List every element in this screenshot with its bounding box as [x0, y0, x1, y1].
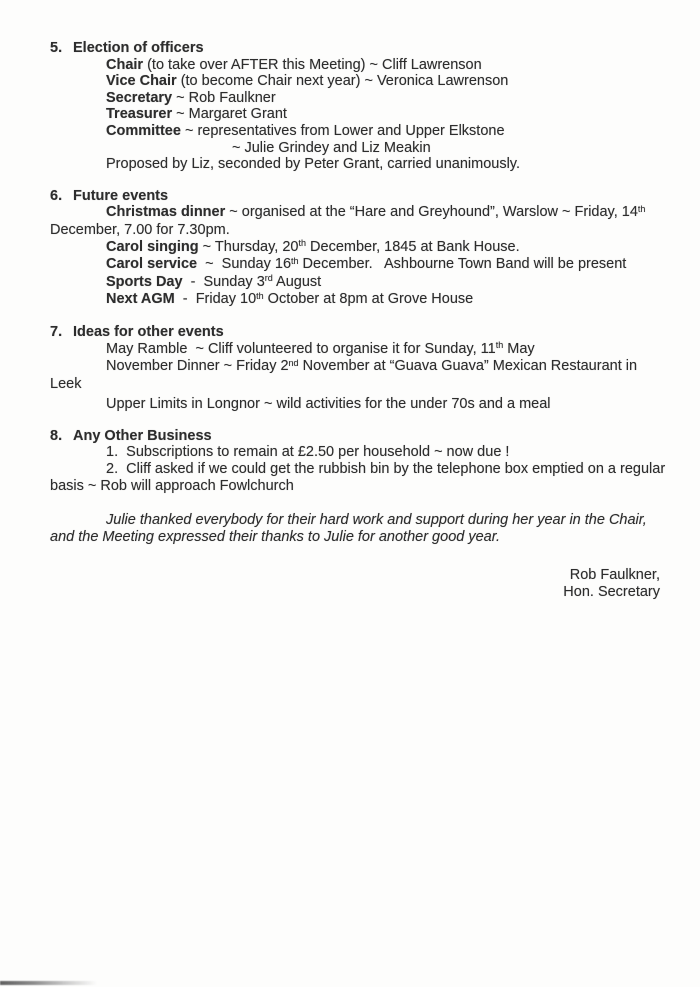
doc-line: Proposed by Liz, seconded by Peter Grant… [50, 156, 660, 173]
doc-line: Leek [50, 376, 660, 393]
doc-line: Carol singing ~ Thursday, 20th December,… [50, 239, 660, 257]
signature-name: Rob Faulkner, [50, 567, 660, 584]
text-run: ~ Sunday 16 [197, 256, 291, 272]
signature-role: Hon. Secretary [50, 584, 660, 601]
text-run: and the Meeting expressed their thanks t… [50, 529, 500, 545]
text-run: Chair [106, 57, 143, 73]
doc-line: Vice Chair (to become Chair next year) ~… [50, 73, 660, 90]
text-run: May [503, 341, 534, 357]
text-run: Leek [50, 376, 81, 392]
text-run: December. Ashbourne Town Band will be pr… [299, 256, 627, 272]
text-run: th [291, 256, 299, 266]
doc-line: 2. Cliff asked if we could get the rubbi… [50, 461, 660, 478]
doc-line: December, 7.00 for 7.30pm. [50, 222, 660, 239]
text-run: - Friday 10 [175, 291, 256, 307]
text-run: December, 1845 at Bank House. [306, 239, 520, 255]
doc-line: Julie thanked everybody for their hard w… [50, 512, 660, 529]
text-run: August [273, 274, 321, 290]
section-title: Election of officers [73, 40, 204, 57]
text-run: Treasurer [106, 106, 172, 122]
text-run: November Dinner ~ Friday 2 [106, 358, 289, 374]
meeting-minutes-body: 5.Election of officersChair (to take ove… [50, 40, 660, 601]
text-run: Vice Chair [106, 73, 177, 89]
text-run: Christmas dinner [106, 204, 225, 220]
section-number: 7. [50, 324, 73, 341]
text-run: ~ organised at the “Hare and Greyhound”,… [225, 204, 638, 220]
section-number: 5. [50, 40, 73, 57]
text-run: rd [265, 273, 273, 283]
text-run: Committee [106, 123, 181, 139]
text-run: ~ Margaret Grant [172, 106, 287, 122]
text-run: ~ representatives from Lower and Upper E… [181, 123, 505, 139]
doc-line: Chair (to take over AFTER this Meeting) … [50, 57, 660, 74]
text-run: basis ~ Rob will approach Fowlchurch [50, 478, 294, 494]
section-number: 8. [50, 428, 73, 445]
section-heading: 7.Ideas for other events [50, 324, 660, 341]
sections-list: 5.Election of officersChair (to take ove… [50, 40, 660, 494]
text-run: - Sunday 3 [183, 274, 265, 290]
text-run: ~ Julie Grindey and Liz Meakin [232, 140, 431, 156]
text-run: December, 7.00 for 7.30pm. [50, 222, 230, 238]
text-run: th [256, 291, 264, 301]
section-title: Ideas for other events [73, 324, 224, 341]
text-run: Upper Limits in Longnor ~ wild activitie… [106, 396, 551, 412]
scan-smudge-artifact [0, 981, 97, 985]
section-heading: 6.Future events [50, 188, 660, 205]
section-8: 8.Any Other Business1. Subscriptions to … [50, 428, 660, 494]
doc-line: Carol service ~ Sunday 16th December. As… [50, 256, 660, 274]
closing-paragraph: Julie thanked everybody for their hard w… [50, 512, 660, 545]
doc-line: 1. Subscriptions to remain at £2.50 per … [50, 444, 660, 461]
section-7: 7.Ideas for other eventsMay Ramble ~ Cli… [50, 324, 660, 413]
text-run: ~ Rob Faulkner [172, 90, 276, 106]
doc-line: Upper Limits in Longnor ~ wild activitie… [50, 396, 660, 413]
text-run: 2. Cliff asked if we could get the rubbi… [106, 461, 665, 477]
section-heading: 8.Any Other Business [50, 428, 660, 445]
doc-line: Committee ~ representatives from Lower a… [50, 123, 660, 140]
text-run: Sports Day [106, 274, 183, 290]
text-run: 1. Subscriptions to remain at £2.50 per … [106, 444, 509, 460]
section-heading: 5.Election of officers [50, 40, 660, 57]
doc-line: Secretary ~ Rob Faulkner [50, 90, 660, 107]
section-6: 6.Future eventsChristmas dinner ~ organi… [50, 188, 660, 309]
text-run: (to take over AFTER this Meeting) ~ Clif… [143, 57, 482, 73]
signature-block: Rob Faulkner, Hon. Secretary [50, 567, 660, 600]
doc-line: Christmas dinner ~ organised at the “Har… [50, 204, 660, 222]
doc-line: basis ~ Rob will approach Fowlchurch [50, 478, 660, 495]
doc-line: November Dinner ~ Friday 2nd November at… [50, 358, 660, 376]
section-5: 5.Election of officersChair (to take ove… [50, 40, 660, 173]
text-run: May Ramble ~ Cliff volunteered to organi… [106, 341, 496, 357]
text-run: November at “Guava Guava” Mexican Restau… [299, 358, 637, 374]
section-title: Future events [73, 188, 168, 205]
doc-line: Next AGM - Friday 10th October at 8pm at… [50, 291, 660, 309]
text-run: Next AGM [106, 291, 175, 307]
text-run: Proposed by Liz, seconded by Peter Grant… [106, 156, 520, 172]
doc-line: May Ramble ~ Cliff volunteered to organi… [50, 341, 660, 359]
doc-line: Treasurer ~ Margaret Grant [50, 106, 660, 123]
text-run: th [496, 340, 504, 350]
text-run: Julie thanked everybody for their hard w… [106, 512, 647, 528]
scanned-document-page: 5.Election of officersChair (to take ove… [0, 0, 700, 987]
section-title: Any Other Business [73, 428, 212, 445]
text-run: nd [289, 358, 299, 368]
doc-line: and the Meeting expressed their thanks t… [50, 529, 660, 546]
doc-line: ~ Julie Grindey and Liz Meakin [50, 140, 660, 157]
text-run: ~ Thursday, 20 [199, 239, 299, 255]
text-run: th [298, 238, 306, 248]
text-run: Carol service [106, 256, 197, 272]
text-run: th [638, 204, 646, 214]
text-run: Secretary [106, 90, 172, 106]
text-run: Carol singing [106, 239, 199, 255]
text-run: (to become Chair next year) ~ Veronica L… [177, 73, 509, 89]
text-run: October at 8pm at Grove House [264, 291, 474, 307]
section-number: 6. [50, 188, 73, 205]
doc-line: Sports Day - Sunday 3rd August [50, 274, 660, 292]
